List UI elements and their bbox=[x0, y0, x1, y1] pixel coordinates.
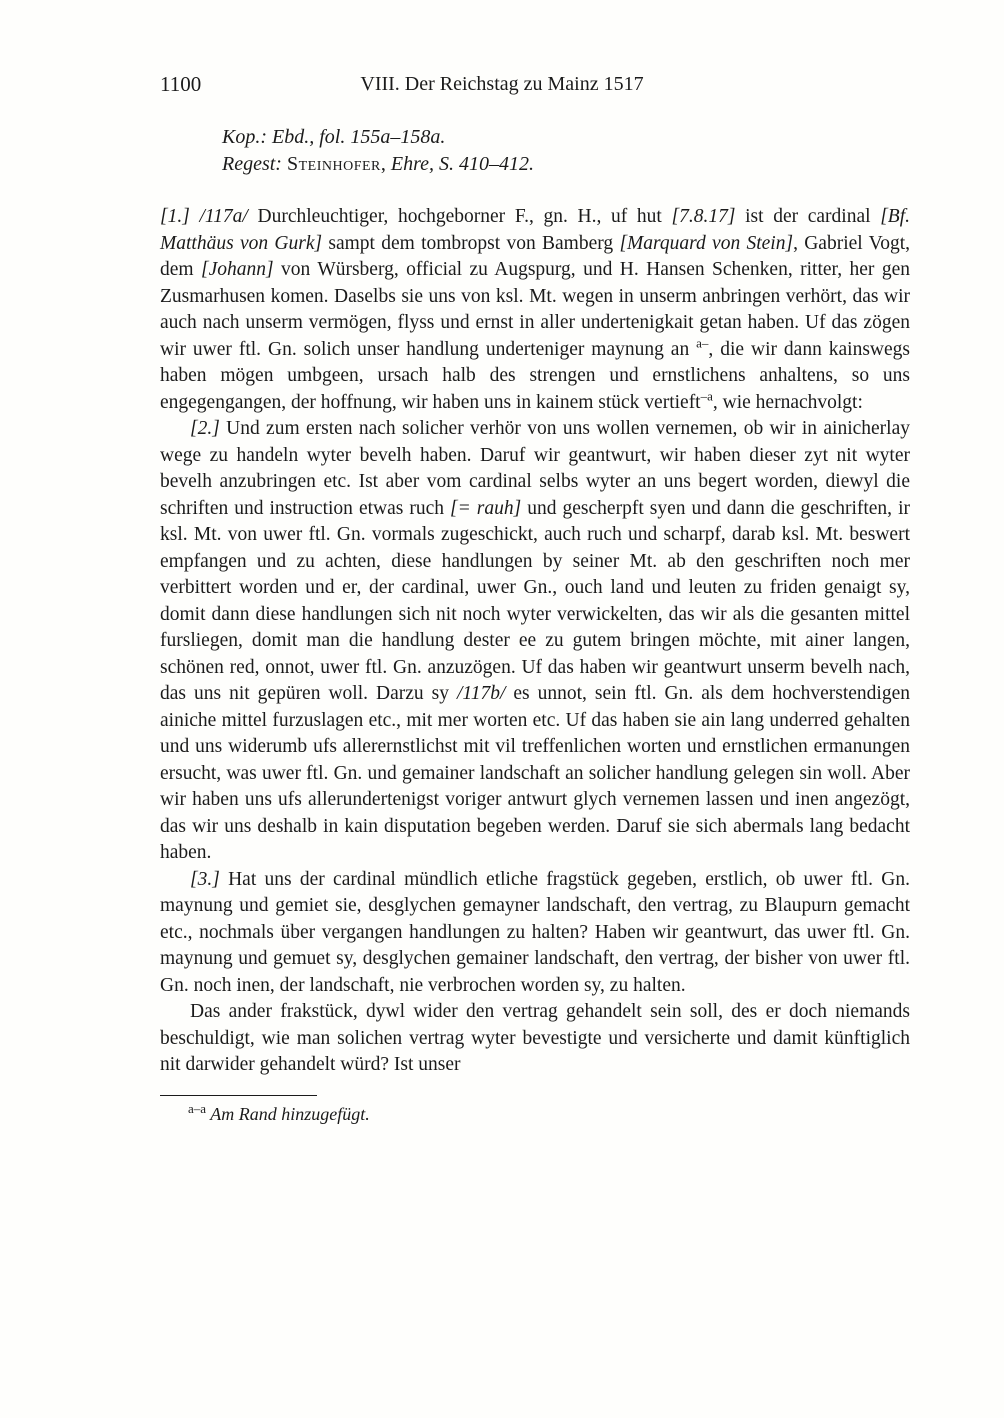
text-run: /117b/ bbox=[457, 683, 505, 704]
text-run: Am Rand hinzugefügt. bbox=[206, 1104, 370, 1124]
text-run: [Johann] bbox=[201, 259, 274, 280]
text-run: [= rauh] bbox=[450, 498, 521, 519]
page-header: 1100 VIII. Der Reichstag zu Mainz 1517 bbox=[160, 72, 910, 102]
text-run: Das ander frakstück, dywl wider den vert… bbox=[160, 1001, 910, 1075]
text-run: [Marquard von Stein] bbox=[619, 233, 793, 254]
text-run: [2.] bbox=[190, 418, 220, 439]
text-run: Steinhofer bbox=[287, 153, 381, 175]
text-run: Durchleuchtiger, hochgeborner F., gn. H.… bbox=[258, 206, 672, 227]
text-run: a– bbox=[696, 335, 708, 350]
text-run: [7.8.17] bbox=[672, 206, 736, 227]
text-run: ist der cardinal bbox=[735, 206, 880, 227]
text-run: Kop.: Ebd., fol. 155a–158a. bbox=[222, 126, 445, 148]
text-run: Hat uns der cardinal mündlich etliche fr… bbox=[160, 869, 910, 996]
paragraph-1: [1.] /117a/ Durchleuchtiger, hochgeborne… bbox=[160, 204, 910, 416]
text-run: sampt dem tombropst von Bamberg bbox=[322, 233, 619, 254]
text-run: es unnot, sein ftl. Gn. als dem hochvers… bbox=[160, 683, 910, 863]
text-run: , wie hernachvolgt: bbox=[713, 392, 863, 413]
paragraph-2: [2.] Und zum ersten nach solicher verhör… bbox=[160, 416, 910, 867]
footnote-separator bbox=[160, 1095, 317, 1096]
paragraph-3: [3.] Hat uns der cardinal mündlich etlic… bbox=[160, 867, 910, 1000]
running-title: VIII. Der Reichstag zu Mainz 1517 bbox=[160, 73, 844, 96]
text-run: , bbox=[381, 153, 391, 175]
book-page: 1100 VIII. Der Reichstag zu Mainz 1517 K… bbox=[0, 0, 1004, 1418]
text-run: und gescherpft syen und dann die geschri… bbox=[160, 498, 910, 705]
text-run: [3.] bbox=[190, 869, 220, 890]
reference-line-kop: Kop.: Ebd., fol. 155a–158a. bbox=[222, 124, 910, 151]
text-run: a–a bbox=[188, 1101, 206, 1116]
paragraph-4: Das ander frakstück, dywl wider den vert… bbox=[160, 999, 910, 1079]
body-text: [1.] /117a/ Durchleuchtiger, hochgeborne… bbox=[160, 204, 910, 1079]
text-run: [1.] /117a/ bbox=[160, 206, 258, 227]
text-run: –a bbox=[701, 388, 713, 403]
source-references: Kop.: Ebd., fol. 155a–158a. Regest: Stei… bbox=[222, 124, 910, 178]
footnote-text: a–a Am Rand hinzugefügt. bbox=[160, 1102, 910, 1126]
footnote-area: a–a Am Rand hinzugefügt. bbox=[160, 1095, 910, 1126]
text-run: Ehre, S. 410–412. bbox=[391, 153, 534, 175]
text-run: Regest: bbox=[222, 153, 287, 175]
reference-line-regest: Regest: Steinhofer, Ehre, S. 410–412. bbox=[222, 151, 910, 178]
